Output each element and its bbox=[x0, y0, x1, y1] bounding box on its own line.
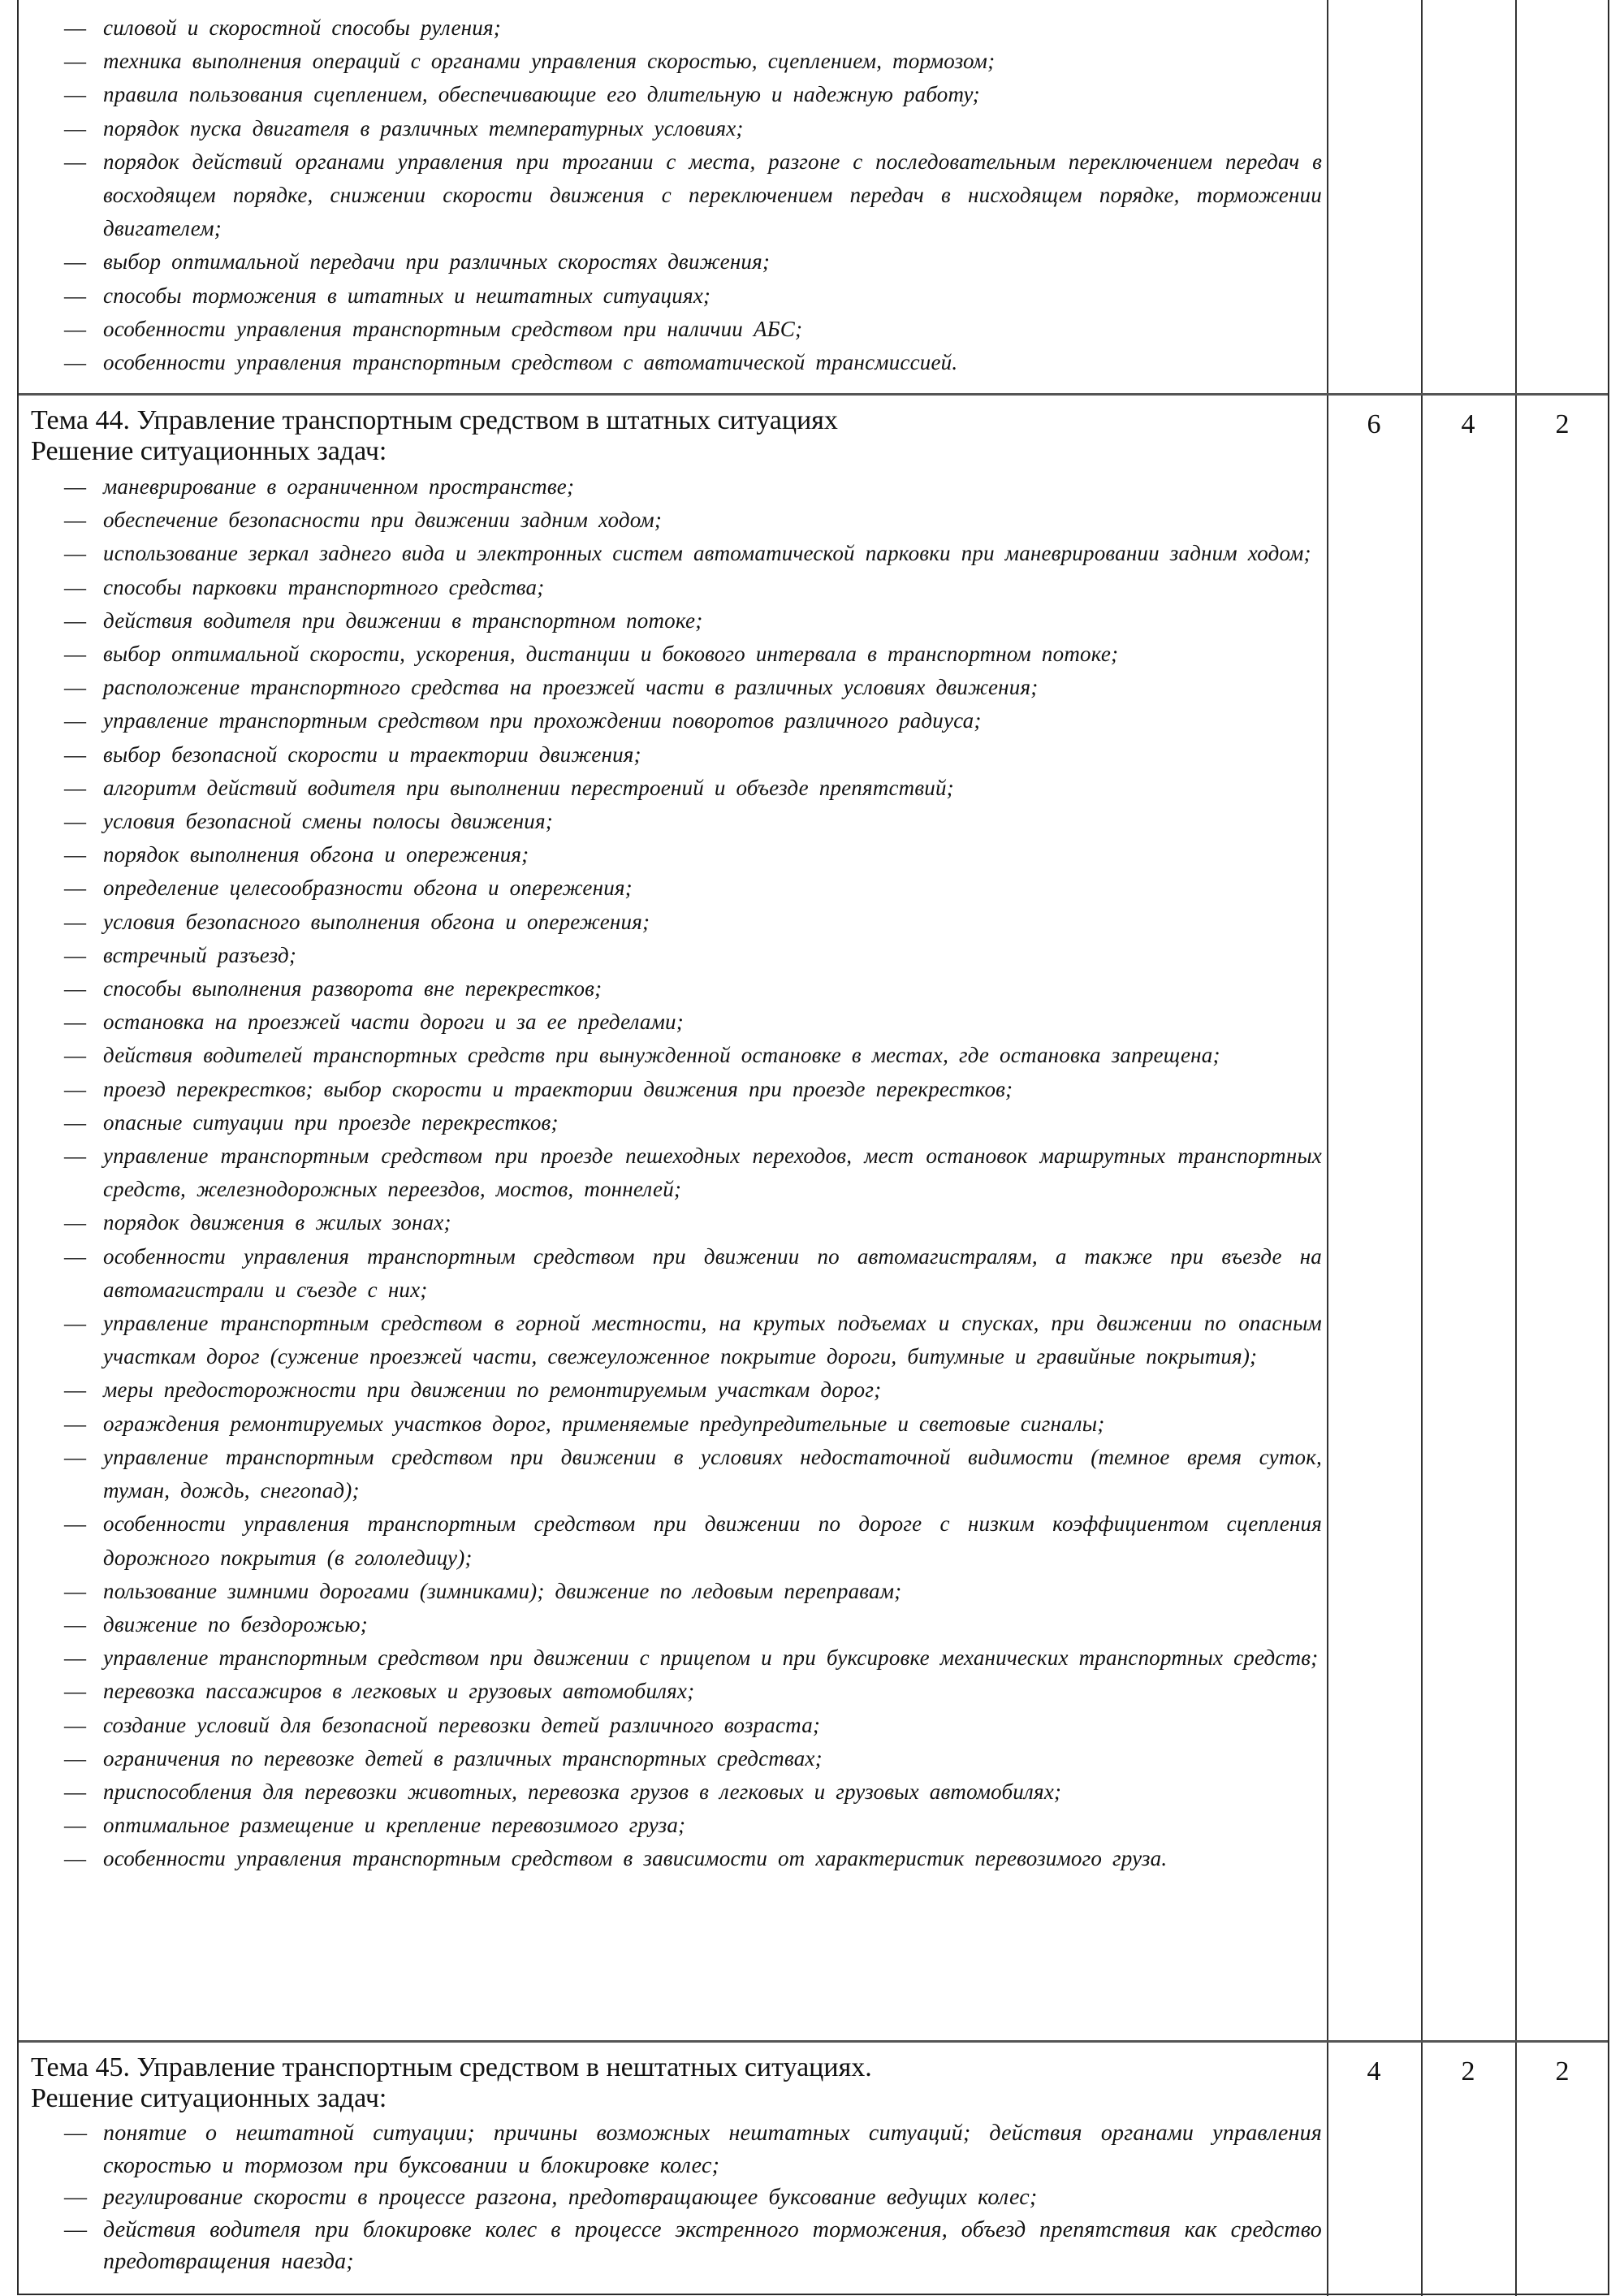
list-item: движение по бездорожью; bbox=[19, 1608, 1327, 1641]
list-item: опасные ситуации при проезде перекрестко… bbox=[19, 1106, 1327, 1139]
table-row-topic-45: Тема 45. Управление транспортным средств… bbox=[19, 2040, 1608, 2296]
list-item: определение целесообразности обгона и оп… bbox=[19, 871, 1327, 905]
list-item: приспособления для перевозки животных, п… bbox=[19, 1775, 1327, 1809]
topic-items-list: силовой и скоростной способы руления;тех… bbox=[19, 11, 1327, 379]
list-item: перевозка пассажиров в легковых и грузов… bbox=[19, 1675, 1327, 1708]
list-item: создание условий для безопасной перевозк… bbox=[19, 1709, 1327, 1742]
list-item: пользование зимними дорогами (зимниками)… bbox=[19, 1575, 1327, 1608]
hours-total: 6 bbox=[1327, 396, 1421, 2040]
list-item: особенности управления транспортным сред… bbox=[19, 1240, 1327, 1307]
curriculum-table: силовой и скоростной способы руления;тех… bbox=[17, 0, 1609, 2295]
list-item: особенности управления транспортным сред… bbox=[19, 313, 1327, 346]
hours-practice: 2 bbox=[1515, 396, 1609, 2040]
list-item: действия водителя при блокировке колес в… bbox=[19, 2214, 1327, 2278]
list-item: регулирование скорости в процессе разгон… bbox=[19, 2181, 1327, 2214]
list-item: способы торможения в штатных и нештатных… bbox=[19, 279, 1327, 313]
hours-theory: 4 bbox=[1421, 396, 1515, 2040]
list-item: порядок выполнения обгона и опережения; bbox=[19, 838, 1327, 871]
list-item: порядок действий органами управления при… bbox=[19, 145, 1327, 246]
list-item: управление транспортным средством при дв… bbox=[19, 1641, 1327, 1675]
topic-items-list: маневрирование в ограниченном пространст… bbox=[19, 470, 1327, 1876]
list-item: меры предосторожности при движении по ре… bbox=[19, 1373, 1327, 1407]
list-item: особенности управления транспортным сред… bbox=[19, 1507, 1327, 1574]
hours-total bbox=[1327, 0, 1421, 393]
list-item: встречный разъезд; bbox=[19, 939, 1327, 972]
hours-practice bbox=[1515, 0, 1609, 393]
list-item: использование зеркал заднего вида и элек… bbox=[19, 537, 1327, 570]
list-item: алгоритм действий водителя при выполнени… bbox=[19, 772, 1327, 805]
hours-theory: 2 bbox=[1421, 2043, 1515, 2296]
topic-content-cell: Тема 44. Управление транспортным средств… bbox=[19, 396, 1327, 2040]
topic-subtitle: Решение ситуационных задач: bbox=[19, 2083, 1327, 2114]
list-item: обеспечение безопасности при движении за… bbox=[19, 504, 1327, 537]
table-row-topic-44: Тема 44. Управление транспортным средств… bbox=[19, 393, 1608, 2040]
topic-subtitle: Решение ситуационных задач: bbox=[19, 436, 1327, 467]
list-item: порядок движения в жилых зонах; bbox=[19, 1206, 1327, 1239]
list-item: порядок пуска двигателя в различных темп… bbox=[19, 112, 1327, 145]
list-item: условия безопасного выполнения обгона и … bbox=[19, 906, 1327, 939]
list-item: действия водителей транспортных средств … bbox=[19, 1039, 1327, 1072]
list-item: действия водителя при движении в транспо… bbox=[19, 604, 1327, 638]
table-row-continuation: силовой и скоростной способы руления;тех… bbox=[19, 0, 1608, 393]
list-item: особенности управления транспортным сред… bbox=[19, 346, 1327, 379]
list-item: ограничения по перевозке детей в различн… bbox=[19, 1742, 1327, 1775]
hours-practice: 2 bbox=[1515, 2043, 1609, 2296]
list-item: выбор безопасной скорости и траектории д… bbox=[19, 738, 1327, 772]
list-item: оптимальное размещение и крепление перев… bbox=[19, 1809, 1327, 1842]
topic-content-cell: Тема 45. Управление транспортным средств… bbox=[19, 2043, 1327, 2296]
list-item: силовой и скоростной способы руления; bbox=[19, 11, 1327, 45]
list-item: расположение транспортного средства на п… bbox=[19, 671, 1327, 704]
list-item: правила пользования сцеплением, обеспечи… bbox=[19, 78, 1327, 111]
hours-theory bbox=[1421, 0, 1515, 393]
list-item: выбор оптимальной скорости, ускорения, д… bbox=[19, 638, 1327, 671]
topic-items-list: понятие о нештатной ситуации; причины во… bbox=[19, 2117, 1327, 2278]
list-item: остановка на проезжей части дороги и за … bbox=[19, 1005, 1327, 1039]
list-item: ограждения ремонтируемых участков дорог,… bbox=[19, 1407, 1327, 1441]
list-item: способы выполнения разворота вне перекре… bbox=[19, 972, 1327, 1005]
list-item: особенности управления транспортным сред… bbox=[19, 1842, 1327, 1875]
topic-title: Тема 44. Управление транспортным средств… bbox=[19, 405, 1327, 436]
list-item: выбор оптимальной передачи при различных… bbox=[19, 245, 1327, 279]
list-item: управление транспортным средством при пр… bbox=[19, 704, 1327, 737]
topic-content-cell: силовой и скоростной способы руления;тех… bbox=[19, 0, 1327, 393]
hours-total: 4 bbox=[1327, 2043, 1421, 2296]
list-item: понятие о нештатной ситуации; причины во… bbox=[19, 2117, 1327, 2181]
list-item: проезд перекрестков; выбор скорости и тр… bbox=[19, 1073, 1327, 1106]
topic-title: Тема 45. Управление транспортным средств… bbox=[19, 2052, 1327, 2083]
list-item: способы парковки транспортного средства; bbox=[19, 571, 1327, 604]
list-item: техника выполнения операций с органами у… bbox=[19, 45, 1327, 78]
list-item: управление транспортным средством при пр… bbox=[19, 1139, 1327, 1206]
list-item: маневрирование в ограниченном пространст… bbox=[19, 470, 1327, 504]
list-item: управление транспортным средством в горн… bbox=[19, 1307, 1327, 1373]
list-item: управление транспортным средством при дв… bbox=[19, 1441, 1327, 1507]
list-item: условия безопасной смены полосы движения… bbox=[19, 805, 1327, 838]
